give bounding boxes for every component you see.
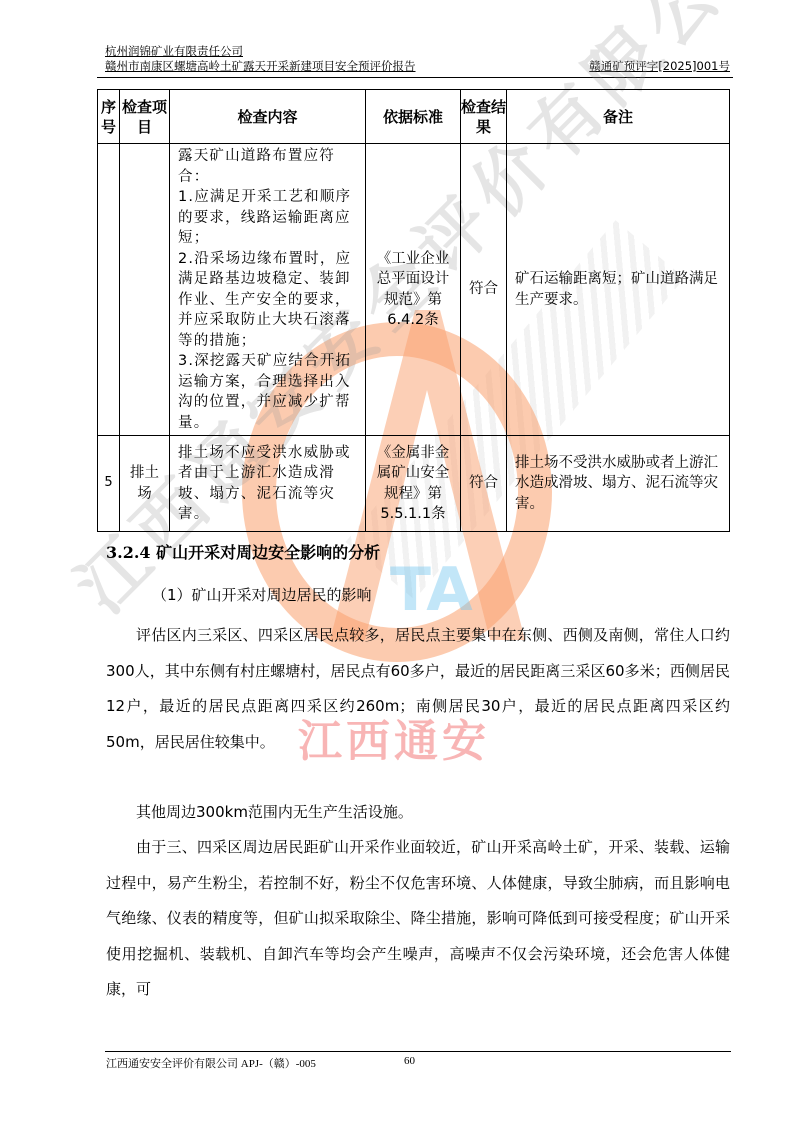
row-remark: 矿石运输距离短；矿山道路满足生产要求。: [507, 144, 730, 436]
table-row: 露天矿山道路布置应符合： 1.应满足开采工艺和顺序的要求，线路运输距离应短； 2…: [98, 144, 730, 436]
column-header-no: 序号: [98, 90, 120, 144]
row-basis: 《工业企业总平面设计规范》第6.4.2条: [366, 144, 461, 436]
paragraph-text: 评估区内三采区、四采区居民点较多，居民点主要集中在东侧、西侧及南侧，常住人口约3…: [106, 618, 730, 760]
table-row: 5 排土场 排土场不应受洪水威胁或者由于上游汇水造成滑坡、塌方、泥石流等灾害。 …: [98, 436, 730, 532]
footer-org: 江西通安安全评价有限公司 APJ-（赣）-005: [106, 1055, 316, 1071]
body-paragraph: 评估区内三采区、四采区居民点较多，居民点主要集中在东侧、西侧及南侧，常住人口约3…: [106, 618, 730, 760]
row-content: 排土场不应受洪水威胁或者由于上游汇水造成滑坡、塌方、泥石流等灾害。: [170, 436, 366, 532]
column-header-basis: 依据标准: [366, 90, 461, 144]
body-paragraph: 由于三、四采区周边居民距矿山开采作业面较近，矿山开采高岭土矿，开采、装载、运输过…: [106, 830, 730, 1008]
company-name: 杭州润锦矿业有限责任公司: [105, 44, 730, 59]
row-result: 符合: [461, 144, 507, 436]
footer-rule: [105, 1051, 731, 1052]
row-item: [120, 144, 170, 436]
row-content: 露天矿山道路布置应符合： 1.应满足开采工艺和顺序的要求，线路运输距离应短； 2…: [170, 144, 366, 436]
content-line: 露天矿山道路布置应符合：: [178, 146, 361, 187]
row-number: [98, 144, 120, 436]
page-header: 杭州润锦矿业有限责任公司 赣州市南康区螺塘高岭土矿露天开采新建项目安全预评价报告…: [105, 44, 730, 74]
report-title: 赣州市南康区螺塘高岭土矿露天开采新建项目安全预评价报告: [105, 59, 416, 74]
column-header-remark: 备注: [507, 90, 730, 144]
header-rule: [97, 77, 733, 78]
row-basis: 《金属非金属矿山安全规程》第5.5.1.1条: [366, 436, 461, 532]
section-heading: 3.2.4 矿山开采对周边安全影响的分析: [106, 540, 380, 563]
inspection-table: 序号 检查项目 检查内容 依据标准 检查结果 备注 露天矿山道路布置应符合： 1…: [97, 89, 730, 532]
content-line: 排土场不应受洪水威胁或者由于上游汇水造成滑坡、塌方、泥石流等灾害。: [178, 443, 361, 525]
content-line: 3.深挖露天矿应结合开拓运输方案，合理选择出入沟的位置，并应减少扩帮量。: [178, 351, 361, 433]
content-line: 2.沿采场边缘布置时，应满足路基边坡稳定、装卸作业、生产安全的要求，并应采取防止…: [178, 249, 361, 352]
row-remark: 排土场不受洪水威胁或者上游汇水造成滑坡、塌方、泥石流等灾害。: [507, 436, 730, 532]
watermark-letters: TA: [390, 555, 473, 625]
body-paragraph: 其他周边300km范围内无生产生活设施。: [106, 795, 730, 831]
paragraph-text: 由于三、四采区周边居民距矿山开采作业面较近，矿山开采高岭土矿，开采、装载、运输过…: [106, 830, 730, 1008]
content-line: 1.应满足开采工艺和顺序的要求，线路运输距离应短；: [178, 187, 361, 249]
paragraph-text: 其他周边300km范围内无生产生活设施。: [106, 795, 730, 831]
row-result: 符合: [461, 436, 507, 532]
column-header-item: 检查项目: [120, 90, 170, 144]
sub-heading: （1）矿山开采对周边居民的影响: [152, 584, 372, 605]
page-number: 60: [404, 1055, 415, 1067]
table-header-row: 序号 检查项目 检查内容 依据标准 检查结果 备注: [98, 90, 730, 144]
column-header-result: 检查结果: [461, 90, 507, 144]
row-number: 5: [98, 436, 120, 532]
row-item: 排土场: [120, 436, 170, 532]
document-number: 赣通矿预评字[2025]001号: [589, 59, 730, 74]
column-header-content: 检查内容: [170, 90, 366, 144]
